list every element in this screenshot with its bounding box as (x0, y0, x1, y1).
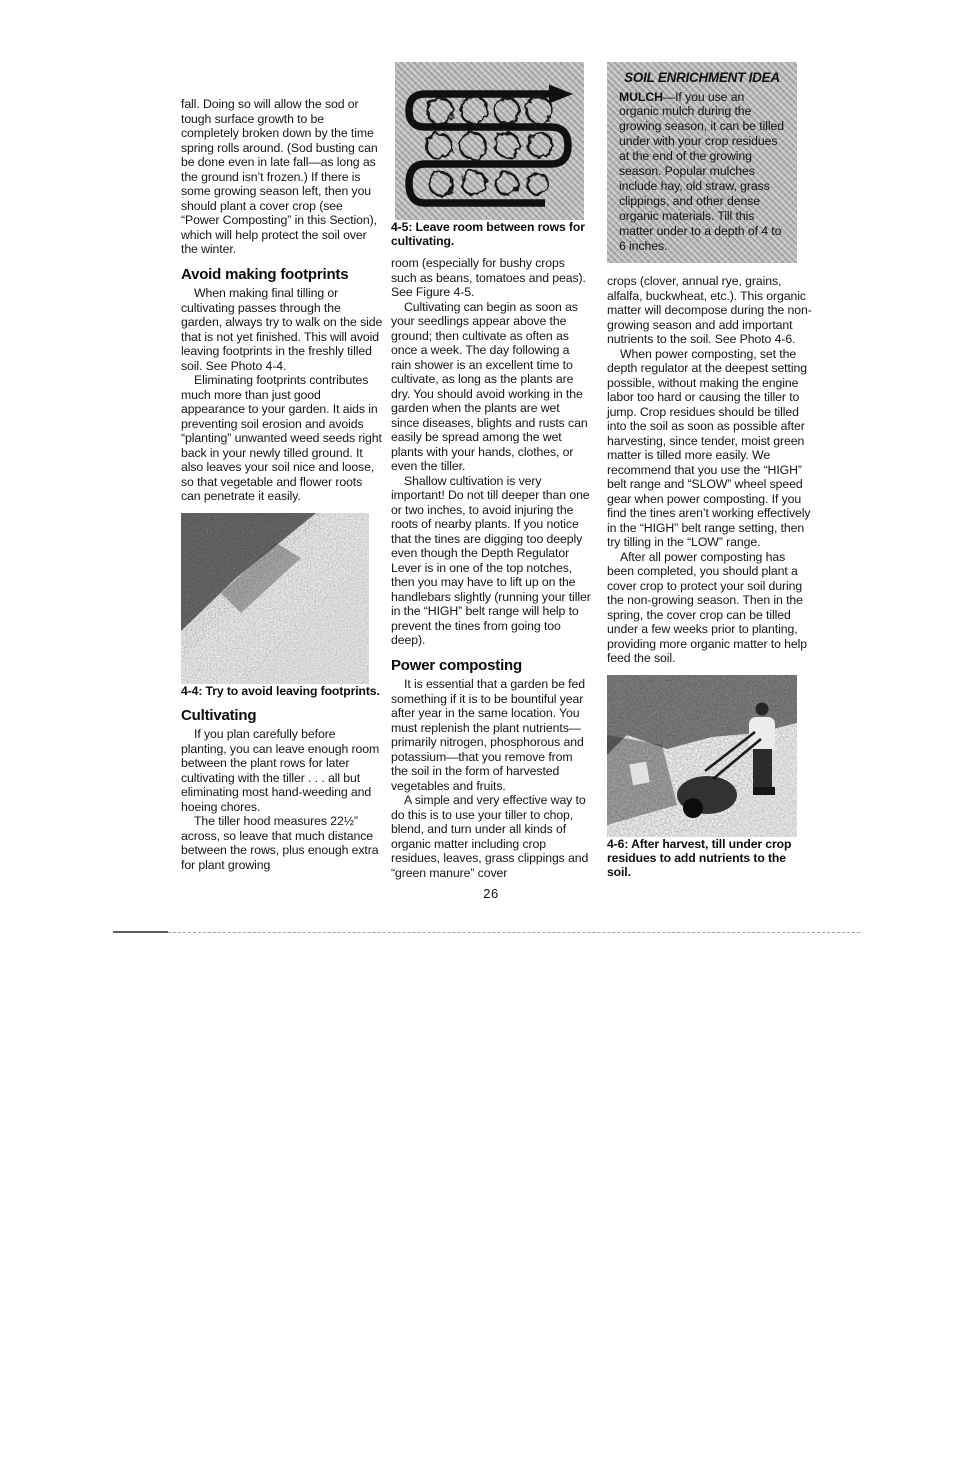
paragraph-tiller-hood: The tiller hood measures 22½” across, so… (181, 814, 384, 872)
photo-4-6-tiller-in-garden (607, 675, 797, 837)
photo-4-4-tilled-soil (181, 513, 369, 684)
serpentine-path-diagram (395, 62, 584, 220)
paragraph-after-all: After all power composting has been comp… (607, 550, 812, 666)
paragraph-cultivating-begin: Cultivating can begin as soon as your se… (391, 300, 591, 474)
soil-enrichment-idea-box: SOIL ENRICHMENT IDEA MULCH—If you use an… (607, 62, 797, 263)
white-sack (629, 762, 649, 786)
soil-box-body: MULCH—If you use an organic mulch during… (619, 90, 785, 254)
column-middle: 4-5: Leave room between rows for cultiva… (391, 62, 591, 880)
tiller-wheel (683, 798, 703, 818)
heading-cultivating: Cultivating (181, 709, 384, 724)
caption-photo-4-4: 4-4: Try to avoid leaving footprints. (181, 684, 384, 698)
scan-separator-line-solid-segment (113, 931, 168, 933)
column-left: fall. Doing so will allow the sod or tou… (181, 97, 384, 872)
scan-separator-line (113, 932, 860, 933)
caption-figure-4-5: 4-5: Leave room between rows for cultiva… (391, 220, 591, 248)
soil-box-title: SOIL ENRICHMENT IDEA (619, 71, 785, 86)
caption-photo-4-6: 4-6: After harvest, till under crop resi… (607, 837, 812, 879)
column-right: SOIL ENRICHMENT IDEA MULCH—If you use an… (607, 62, 812, 879)
paragraph-when-making: When making final tilling or cultivating… (181, 286, 384, 373)
soil-box-body-text: —If you use an organic mulch during the … (619, 90, 784, 253)
paragraph-simple-way: A simple and very effective way to do th… (391, 793, 591, 880)
paragraph-crops: crops (clover, annual rye, grains, alfal… (607, 274, 812, 347)
paragraph-eliminating: Eliminating footprints contributes much … (181, 373, 384, 504)
arrowhead (549, 85, 573, 104)
paragraph-room: room (especially for bushy crops such as… (391, 256, 591, 300)
paragraph-when-power-composting: When power composting, set the depth reg… (607, 347, 812, 550)
paragraph-shallow-cultivation: Shallow cultivation is very important! D… (391, 474, 591, 648)
plant-row-bushes (427, 97, 553, 196)
heading-avoid-making-footprints: Avoid making footprints (181, 268, 384, 283)
page-number: 26 (391, 886, 591, 901)
figure-4-5-serpentine-rows-diagram (395, 62, 584, 220)
paragraph-continuation: fall. Doing so will allow the sod or tou… (181, 97, 384, 257)
heading-power-composting: Power composting (391, 659, 591, 674)
paragraph-essential: It is essential that a garden be fed som… (391, 677, 591, 793)
paragraph-if-you-plan: If you plan carefully before planting, y… (181, 727, 384, 814)
soil-box-lead-word: MULCH (619, 90, 663, 104)
